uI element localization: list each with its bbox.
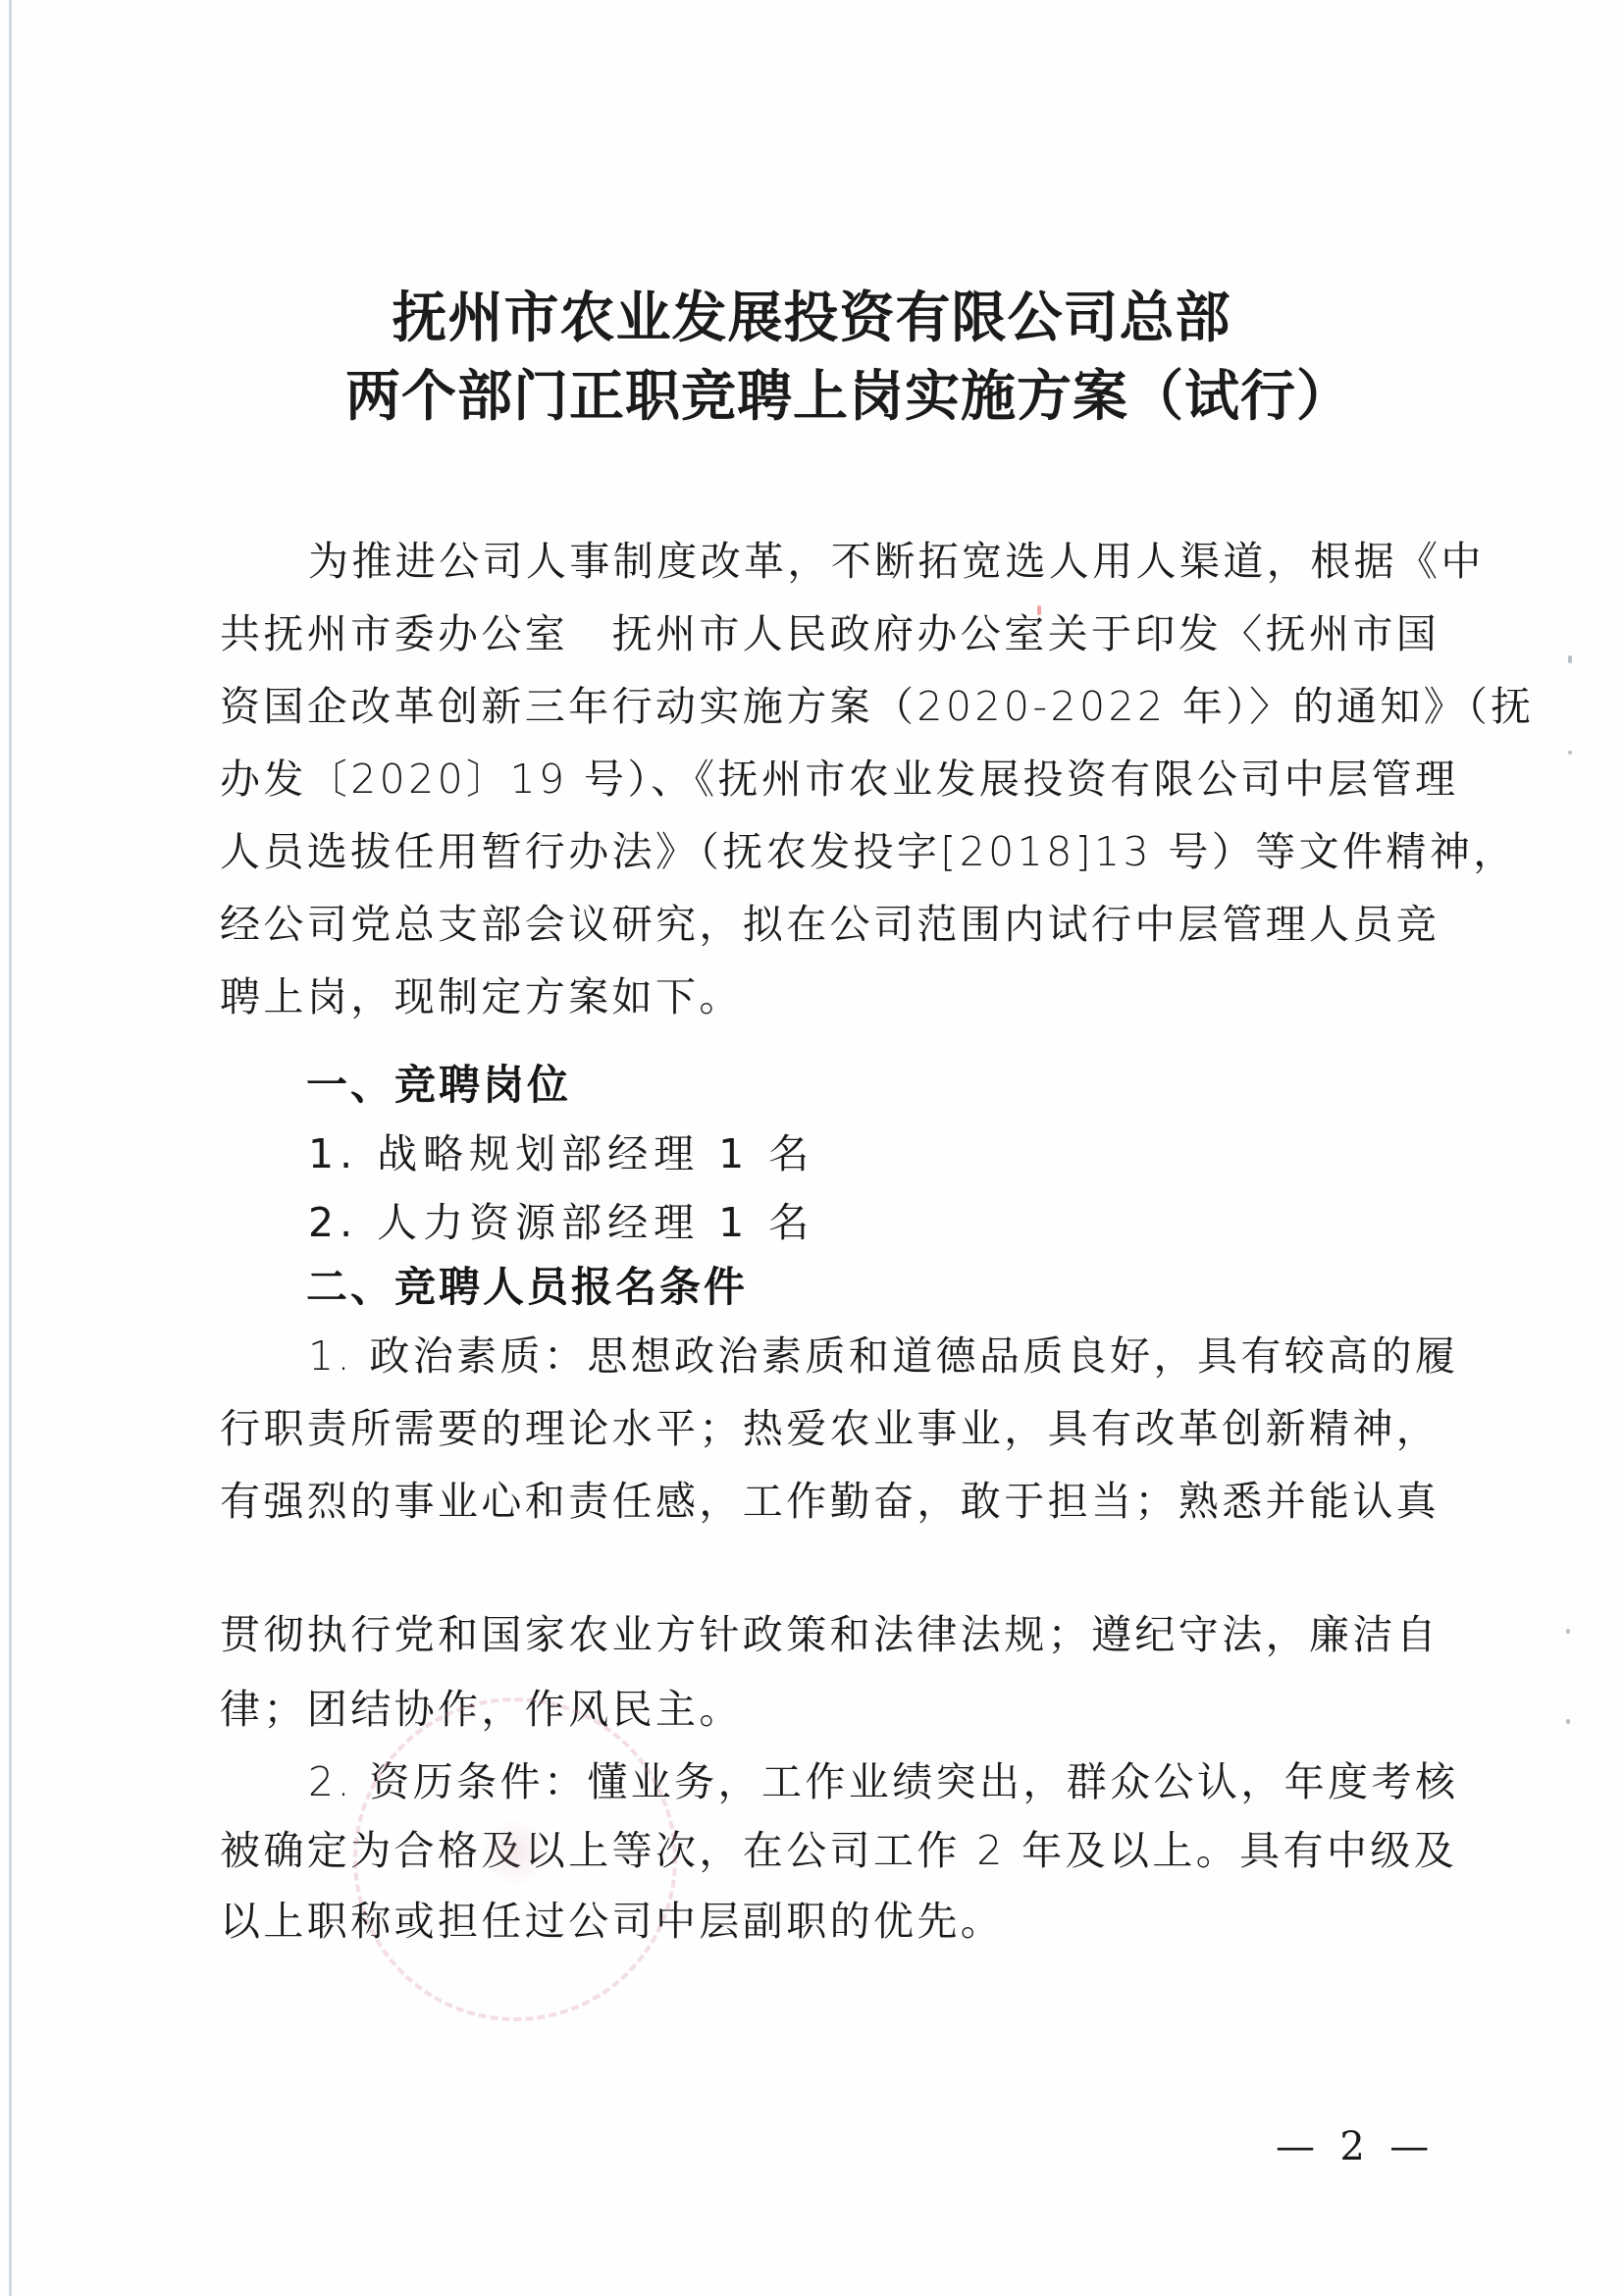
- scan-speck: [1568, 751, 1572, 755]
- eligibility-political-line: 有强烈的事业心和责任感，工作勤奋，敢于担当；熟悉并能认真: [220, 1478, 1421, 1525]
- eligibility-political-line: 律；团结协作，作风民主。: [220, 1686, 1421, 1733]
- intro-line: 资国企改革创新三年行动实施方案（2020-2022 年）〉的通知》（抚: [220, 683, 1421, 730]
- scan-speck: [1566, 1719, 1570, 1724]
- position-item: 2. 人力资源部经理 1 名: [308, 1199, 814, 1246]
- eligibility-political-line: 贯彻执行党和国家农业方针政策和法律法规；遵纪守法，廉洁自: [220, 1611, 1421, 1658]
- intro-line: 经公司党总支部会议研究，拟在公司范围内试行中层管理人员竞: [220, 901, 1421, 948]
- red-ink-mark: [1037, 605, 1041, 615]
- section-heading-positions: 一、竞聘岗位: [306, 1062, 571, 1109]
- intro-line: 人员选拔任用暂行办法》（抚农发投字[2018]13 号）等文件精神，: [220, 828, 1421, 875]
- page-number: — 2 —: [1276, 2123, 1429, 2170]
- intro-line: 共抚州市委办公室 抚州市人民政府办公室关于印发〈抚州市国: [220, 610, 1421, 657]
- eligibility-experience-line: 以上职称或担任过公司中层副职的优先。: [220, 1898, 1421, 1945]
- document-page: 抚州市农业发展投资有限公司总部 两个部门正职竞聘上岗实施方案（试行） 为推进公司…: [0, 0, 1623, 2296]
- eligibility-experience-line: 2. 资历条件：懂业务，工作业绩突出，群众公认，年度考核: [308, 1758, 1421, 1805]
- position-item: 1. 战略规划部经理 1 名: [308, 1130, 814, 1177]
- scan-speck: [1568, 655, 1572, 663]
- document-title-line-1: 抚州市农业发展投资有限公司总部: [0, 287, 1623, 349]
- section-heading-eligibility: 二、竞聘人员报名条件: [306, 1264, 748, 1311]
- intro-line: 办发〔2020〕19 号）、《抚州市农业发展投资有限公司中层管理: [220, 756, 1421, 803]
- eligibility-political-line: 行职责所需要的理论水平；热爱农业事业，具有改革创新精神，: [220, 1405, 1421, 1452]
- document-title-line-2: 两个部门正职竞聘上岗实施方案（试行）: [37, 365, 1623, 428]
- intro-line: 聘上岗，现制定方案如下。: [220, 973, 1421, 1020]
- eligibility-experience-line: 被确定为合格及以上等次，在公司工作 2 年及以上。具有中级及: [220, 1827, 1421, 1874]
- intro-line: 为推进公司人事制度改革，不断拓宽选人用人渠道，根据《中: [308, 538, 1421, 585]
- scan-speck: [1566, 1629, 1570, 1634]
- eligibility-political-line: 1. 政治素质：思想政治素质和道德品质良好，具有较高的履: [308, 1332, 1421, 1380]
